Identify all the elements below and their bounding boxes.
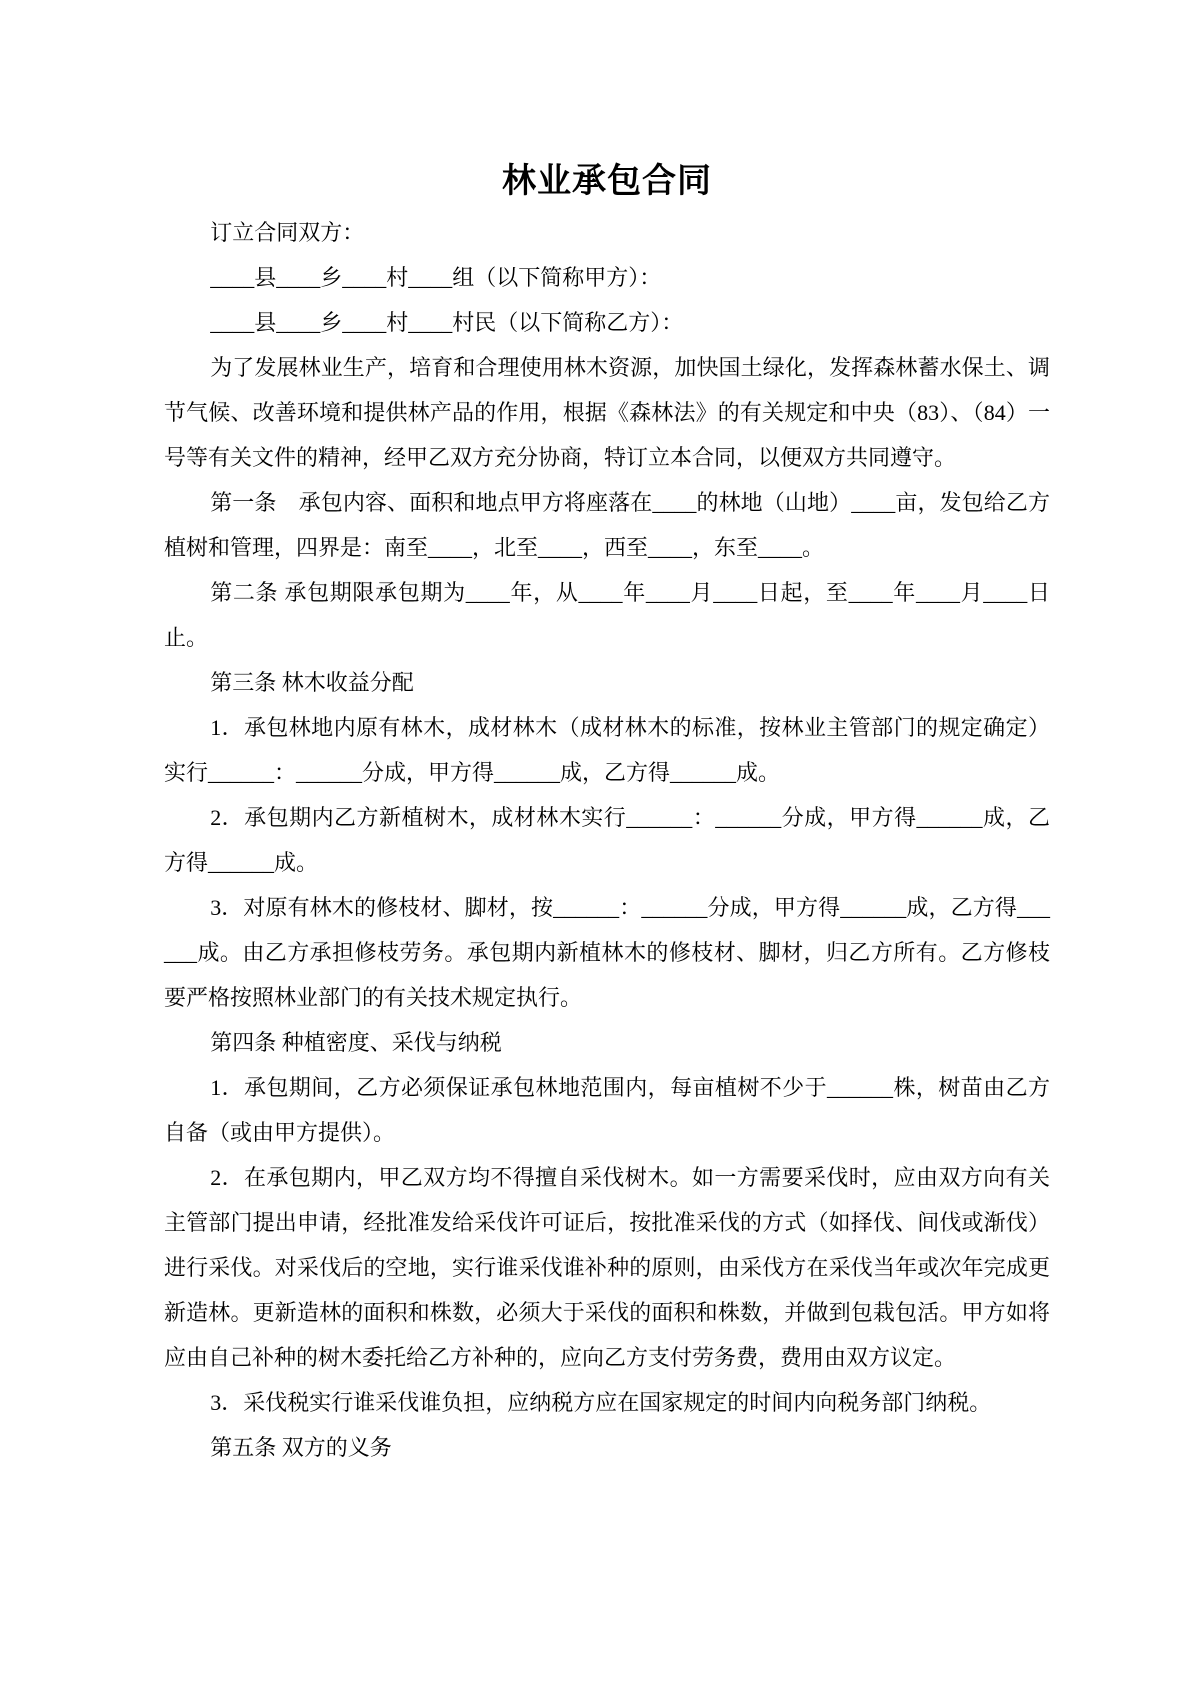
paragraph: 2．承包期内乙方新植树木，成材林木实行______：______分成，甲方得__… xyxy=(164,795,1050,885)
paragraph: 3．对原有林木的修枝材、脚材，按______：______分成，甲方得_____… xyxy=(164,885,1050,1020)
paragraph: 1．承包期间，乙方必须保证承包林地范围内，每亩植树不少于______株，树苗由乙… xyxy=(164,1065,1050,1155)
document-title: 林业承包合同 xyxy=(164,162,1050,202)
paragraph: ____县____乡____村____村民（以下简称乙方）： xyxy=(164,300,1050,345)
paragraph: ____县____乡____村____组（以下简称甲方）： xyxy=(164,255,1050,300)
paragraph: 第四条 种植密度、采伐与纳税 xyxy=(164,1020,1050,1065)
document-page: 林业承包合同 订立合同双方：____县____乡____村____组（以下简称甲… xyxy=(0,0,1190,1683)
paragraph: 为了发展林业生产，培育和合理使用林木资源，加快国土绿化，发挥森林蓄水保土、调节气… xyxy=(164,345,1050,480)
paragraph: 3．采伐税实行谁采伐谁负担，应纳税方应在国家规定的时间内向税务部门纳税。 xyxy=(164,1380,1050,1425)
paragraph: 2．在承包期内，甲乙双方均不得擅自采伐树木。如一方需要采伐时，应由双方向有关主管… xyxy=(164,1155,1050,1380)
paragraph: 第五条 双方的义务 xyxy=(164,1425,1050,1470)
paragraph: 1．承包林地内原有林木，成材林木（成材林木的标准，按林业主管部门的规定确定）实行… xyxy=(164,705,1050,795)
paragraph: 第一条 承包内容、面积和地点甲方将座落在____的林地（山地）____亩，发包给… xyxy=(164,480,1050,570)
paragraph: 第三条 林木收益分配 xyxy=(164,660,1050,705)
document-body: 订立合同双方：____县____乡____村____组（以下简称甲方）：____… xyxy=(164,210,1050,1470)
paragraph: 订立合同双方： xyxy=(164,210,1050,255)
paragraph: 第二条 承包期限承包期为____年，从____年____月____日起，至___… xyxy=(164,570,1050,660)
